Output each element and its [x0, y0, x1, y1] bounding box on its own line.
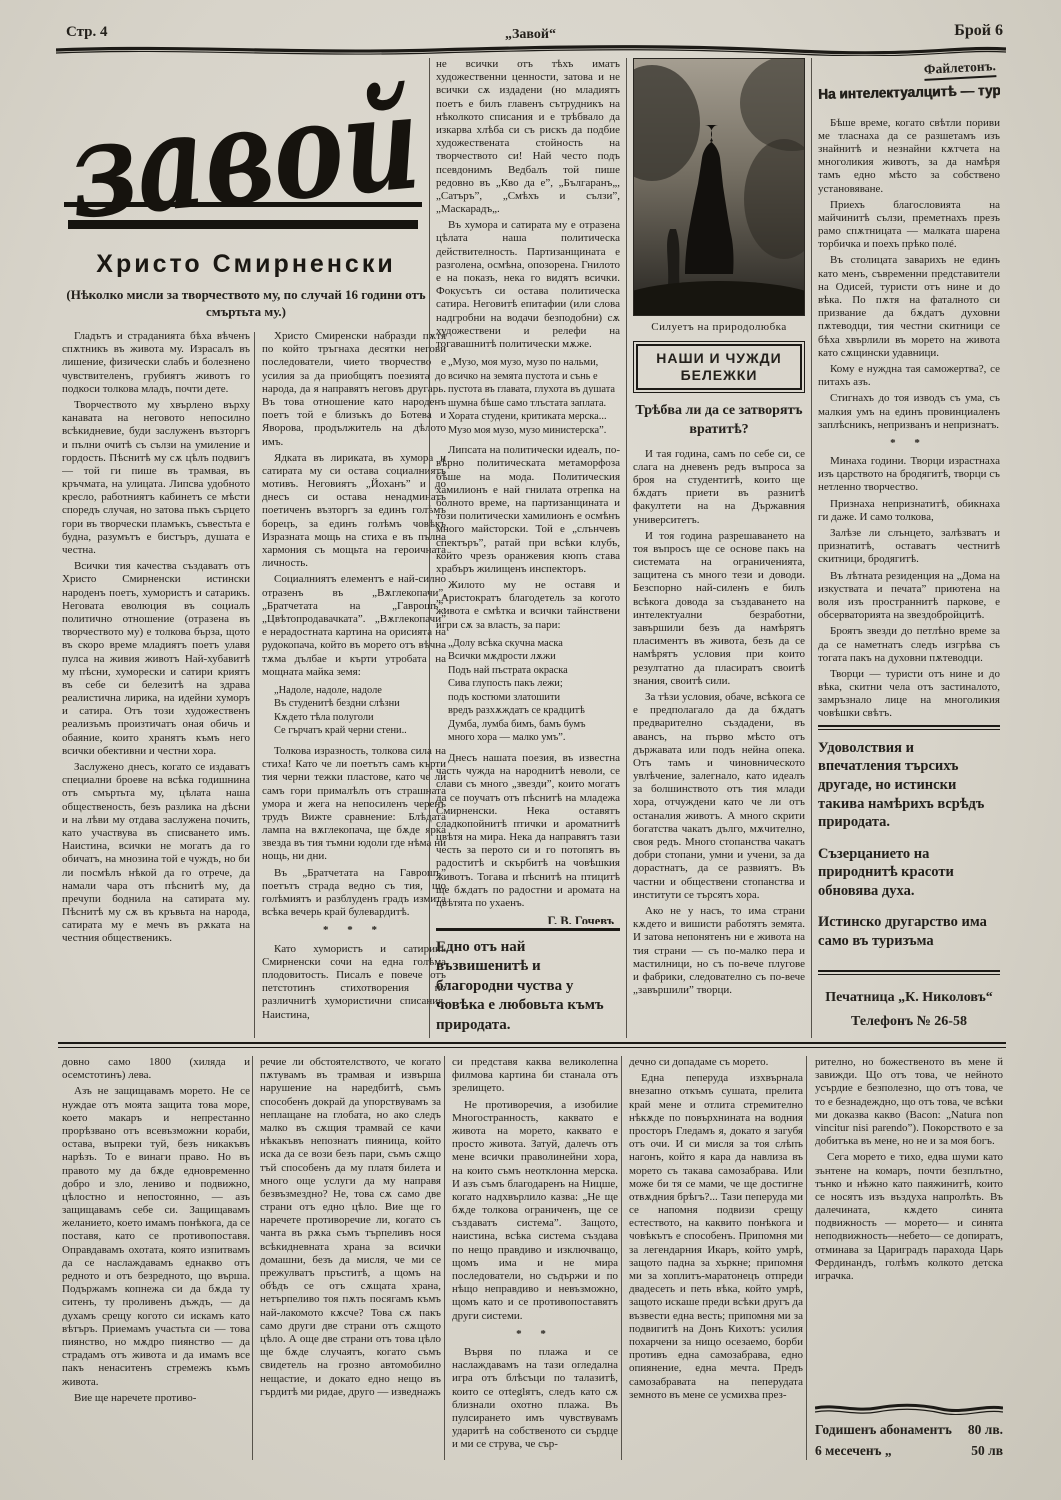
- text-block: си представя каква великолепна филмова к…: [452, 1056, 618, 1096]
- text-block: Стигнахъ до тоя изводъ съ ума, съ малкия…: [818, 392, 1000, 432]
- text-block: И тоя година разрешаването на тоя въпрос…: [633, 530, 805, 688]
- wavy-rule: [815, 1403, 1003, 1415]
- nature-notes-column: Силуетъ на природолюбка НАШИ И ЧУЖДИ БЕЛ…: [633, 58, 805, 1038]
- text-block: Удоволствия и впечатления търсихъ другад…: [818, 739, 1000, 832]
- text-block: Залѣзе ли слънцето, залѣзватъ и признати…: [818, 527, 1000, 567]
- masthead-logo-text: завой: [63, 74, 425, 249]
- subscription-halfyear: 6 месеченъ „ 50 лв: [815, 1440, 1003, 1462]
- paper-title: „Завой“: [0, 27, 1061, 43]
- column-divider: [444, 1056, 445, 1460]
- text-block: Вървя по плажа и се наслаждавамъ на тази…: [452, 1346, 618, 1452]
- feuilleton-label-wrap: Файлетонъ.: [818, 60, 996, 79]
- text-block: Творчеството му хвърлено върху канавата …: [62, 399, 250, 557]
- column-divider: [806, 1056, 807, 1460]
- text-block: Жилото му не оставя и „Аристократъ благо…: [436, 579, 620, 632]
- text-block: Съзерцанието на природнитѣ красоти обнов…: [818, 845, 1000, 901]
- text-block: „Музо, моя музо, музо по нальми, всичко …: [448, 356, 620, 437]
- text-block: Толкова изразность, толкова сила на стих…: [262, 745, 446, 864]
- text-block: Броятъ звезди до петлѣно време за да се …: [818, 625, 1000, 665]
- text-block: Азъ не защищавамъ морето. Не се нуждае о…: [62, 1085, 250, 1388]
- subscription-halfyear-label: 6 месеченъ „: [815, 1440, 892, 1462]
- column-3-text: не всички отъ тѣхъ иматъ художественни ц…: [436, 58, 620, 924]
- smirnenski-column-1: Гладътъ и страданията бѣха вѣченъ спѫтни…: [62, 330, 250, 1038]
- printery-name: Печатница „К. Николовъ“: [818, 986, 1000, 1010]
- column-divider: [626, 58, 627, 1038]
- column-divider: [254, 332, 255, 1038]
- divider-rule: [818, 970, 1000, 975]
- text-block: Приехъ благословията на майчинитѣ сълзи,…: [818, 199, 1000, 252]
- issue-number: Брой 6: [954, 22, 1003, 40]
- aphorisms: Удоволствия и впечатления търсихъ другад…: [818, 739, 1000, 963]
- text-block: Христо Смиренски набразди пѫтя по който …: [262, 330, 446, 449]
- text-block: не всички отъ тѣхъ иматъ художественни ц…: [436, 58, 620, 216]
- subscription-halfyear-price: 50 лв: [971, 1440, 1003, 1462]
- text-block: Като хумористъ и сатирикъ Смирненски соч…: [262, 943, 446, 1022]
- pull-quote-box: Едно отъ най възвишенитѣ и благородни чу…: [436, 928, 620, 1039]
- text-block: Социалниятъ елементъ е най-силно отразен…: [262, 573, 446, 679]
- smirnenski-column-3: не всички отъ тѣхъ иматъ художественни ц…: [436, 58, 620, 1038]
- text-block: Днесъ нашата поезия, въ известна часть ч…: [436, 752, 620, 910]
- text-block: * *: [452, 1328, 618, 1341]
- text-block: Творци — туристи отъ нине и до вѣка, ски…: [818, 668, 1000, 718]
- text-block: * * *: [262, 924, 446, 937]
- text-block: Минаха години. Творци израстнаха изъ цар…: [818, 455, 1000, 495]
- text-block: И тая година, самъ по себе си, се слага …: [633, 448, 805, 527]
- newspaper-page: Стр. 4 „Завой“ Брой 6 завой Христо Смирн…: [0, 0, 1061, 1500]
- smirnenski-column-2: Христо Смиренски набразди пѫтя по който …: [262, 330, 446, 1038]
- header-rule: [56, 42, 1006, 56]
- text-block: Признаха непризнатитѣ, обикнаха ги даже.…: [818, 498, 1000, 524]
- printery-phone: Телефонъ № 26-58: [818, 1010, 1000, 1034]
- text-block: Въ хумора и сатирата му е отразена цѣлат…: [436, 219, 620, 351]
- feuilleton-text: Бѣше време, когато свѣтли пориви ме тлас…: [818, 117, 1000, 718]
- text-block: рително, но божественото въ мене й завиж…: [815, 1056, 1003, 1148]
- feuilleton-title: На интелектуалцитѣ — туристи ..: [818, 83, 989, 104]
- text-block: Всички тия качества създаватъ отъ Христо…: [62, 560, 250, 758]
- text-block: „Надоле, надоле, надоле Въ студенитѣ без…: [274, 684, 446, 738]
- section-rule: [58, 1042, 1006, 1048]
- bottom-column-2: речие ли обстоятелството, че когато пѫту…: [260, 1056, 441, 1462]
- printery-box: Печатница „К. Николовъ“ Телефонъ № 26-58: [818, 984, 1000, 1038]
- text-block: Сега морето е тихо, едва шуми като зънте…: [815, 1151, 1003, 1283]
- text-block: Ако не у насъ, то има страни кѫдето и ви…: [633, 905, 805, 997]
- article-title: Христо Смирненски: [62, 250, 430, 279]
- bottom-column-3: си представя каква великолепна филмова к…: [452, 1056, 618, 1462]
- bottom-column-4: дечно си допадаме съ морето.Една пеперуд…: [629, 1056, 803, 1462]
- text-block: дечно си допадаме съ морето.: [629, 1056, 803, 1069]
- column-divider: [621, 1056, 622, 1460]
- text-block: Заслужено днесъ, когато се издаватъ спец…: [62, 761, 250, 946]
- section-header: НАШИ И ЧУЖДИ БЕЛЕЖКИ: [636, 344, 802, 390]
- article-subtitle: (Нѣколко мисли за творчеството му, по сл…: [62, 287, 430, 321]
- text-block: речие ли обстоятелството, че когато пѫту…: [260, 1056, 441, 1399]
- text-block: * *: [818, 437, 1000, 450]
- photo-caption: Силуетъ на природолюбка: [633, 321, 805, 334]
- feuilleton-label: Файлетонъ.: [924, 58, 997, 81]
- subscription-annual: Годишенъ абонаментъ 80 лв.: [815, 1419, 1003, 1441]
- text-block: Една пеперуда изхвърнала внезапно откъмъ…: [629, 1072, 803, 1402]
- feuilleton-column: Файлетонъ. На интелектуалцитѣ — туристи …: [818, 58, 1000, 1038]
- text-block: Гладътъ и страданията бѣха вѣченъ спѫтни…: [62, 330, 250, 396]
- column-divider: [429, 58, 430, 1038]
- subscription-box: Годишенъ абонаментъ 80 лв. 6 месеченъ „ …: [815, 1401, 1003, 1462]
- subscription-annual-price: 80 лв.: [968, 1419, 1003, 1441]
- subscription-annual-label: Годишенъ абонаментъ: [815, 1419, 952, 1441]
- text-block: Липсата на политически идеалъ, по-вѣрно …: [436, 444, 620, 576]
- text-block: Бѣше време, когато свѣтли пориви ме тлас…: [818, 117, 1000, 196]
- text-block: Истинско другарство има само въ туризъма: [818, 913, 1000, 950]
- text-block: „Долу всѣка скучна маска Всички мѫдрости…: [448, 637, 620, 745]
- column-divider: [252, 1056, 253, 1460]
- bottom-column-5-text: рително, но божественото въ мене й завиж…: [815, 1056, 1003, 1401]
- masthead-logo: завой: [62, 74, 430, 249]
- text-block: Въ лѣтната резиденция на „Дома на изкуст…: [818, 570, 1000, 623]
- text-block: За тѣзи условия, обаче, всѣкога се е пре…: [633, 691, 805, 902]
- bottom-column-5: рително, но божественото въ мене й завиж…: [815, 1056, 1003, 1462]
- column-divider: [811, 58, 812, 1038]
- pull-quote: Едно отъ най възвишенитѣ и благородни чу…: [436, 938, 620, 1036]
- section-header-box: НАШИ И ЧУЖДИ БЕЛЕЖКИ: [633, 341, 805, 393]
- bottom-column-1: довно само 1800 (хиляда и осемстотинъ) л…: [62, 1056, 250, 1462]
- notes-article-title: Трѣбва ли да се затворятъ вратитѣ?: [633, 402, 805, 440]
- text-block: Въ „Братчетата на Гаврошъ” поетътъ страд…: [262, 867, 446, 920]
- notes-article-text: И тая година, самъ по себе си, се слага …: [633, 448, 805, 1038]
- text-block: Въ столицата заварихъ не единъ като менъ…: [818, 254, 1000, 360]
- text-block: довно само 1800 (хиляда и осемстотинъ) л…: [62, 1056, 250, 1082]
- nature-photo: [633, 58, 805, 316]
- text-block: Г. В. Гочевъ: [436, 914, 620, 923]
- text-block: Кому е нуждна тая саможертва?, се питахъ…: [818, 363, 1000, 389]
- text-block: Вие ще наречете противо-: [62, 1392, 250, 1405]
- text-block: Ядката въ лириката, въ хумора и сатирата…: [262, 452, 446, 571]
- text-block: Не противоречия, а изобилие Многостранно…: [452, 1099, 618, 1323]
- divider-rule: [818, 725, 1000, 730]
